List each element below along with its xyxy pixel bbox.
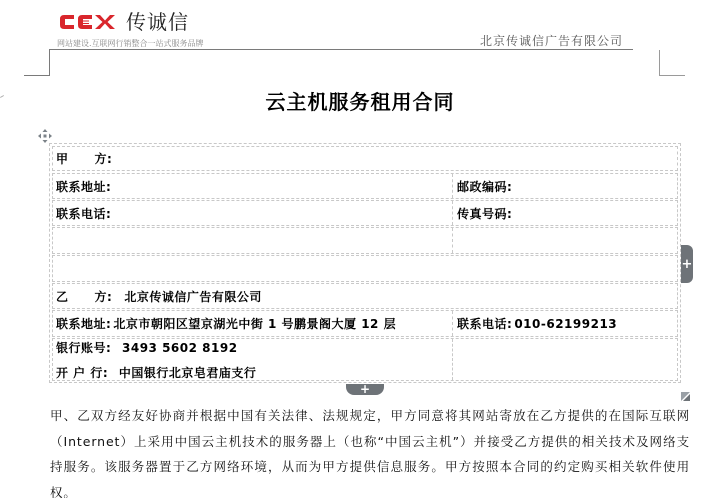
- party-b-phone-value: 010-62199213: [514, 317, 617, 331]
- cell-party-a-phone[interactable]: 联系电话:: [53, 201, 453, 225]
- cell-bank-info[interactable]: 银行账号: 3493 5602 8192 开 户 行: 中国银行北京皂君庙支行: [53, 339, 453, 380]
- party-a-fax-label: 传真号码:: [457, 205, 512, 222]
- company-logo: 传诚信: [58, 10, 189, 34]
- cell-empty-left[interactable]: [53, 228, 453, 253]
- header-company-name: 北京传诚信广告有限公司: [480, 32, 623, 49]
- table-row-empty-split: [52, 227, 678, 254]
- party-b-address-value: 北京市朝阳区望京湖光中街 1 号鹏景阁大厦 12 层: [113, 315, 396, 332]
- plus-icon: +: [682, 257, 693, 272]
- party-a-phone-label: 联系电话:: [56, 205, 111, 222]
- resize-icon: [681, 392, 690, 401]
- party-b-label-left: 乙: [56, 288, 69, 305]
- move-icon: [37, 128, 53, 144]
- document-title: 云主机服务租用合同: [0, 86, 720, 115]
- bank-account-value: 3493 5602 8192: [122, 341, 238, 355]
- cell-party-b[interactable]: 乙 方: 北京传诚信广告有限公司: [53, 284, 677, 308]
- add-column-button[interactable]: +: [346, 384, 384, 395]
- party-a-address-label: 联系地址:: [56, 178, 111, 195]
- contract-intro-paragraph: 甲、乙双方经友好协商并根据中国有关法律、法规规定，甲方同意将其网站寄放在乙方提供…: [50, 403, 690, 498]
- bank-name-line: 开 户 行: 中国银行北京皂君庙支行: [56, 364, 256, 381]
- party-a-label-right: 方:: [95, 150, 113, 167]
- cell-bank-right-empty[interactable]: [454, 339, 677, 380]
- party-a-postcode-label: 邮政编码:: [457, 178, 512, 195]
- cell-party-b-address[interactable]: 联系地址: 北京市朝阳区望京湖光中街 1 号鹏景阁大厦 12 层: [53, 311, 453, 336]
- corner-mark-right-horizontal: [659, 75, 685, 76]
- table-row-party-a-phone: 联系电话: 传真号码:: [52, 200, 678, 226]
- logo-mark-icon: [58, 12, 118, 32]
- cell-empty-right[interactable]: [454, 228, 677, 253]
- contract-table: 甲 方: 联系地址: 邮政编码: 联系电话:: [49, 143, 681, 383]
- party-a-label-left: 甲: [56, 150, 69, 167]
- cell-party-a-fax[interactable]: 传真号码:: [454, 201, 677, 225]
- table-move-handle[interactable]: [37, 128, 53, 144]
- table-row-party-a-address: 联系地址: 邮政编码:: [52, 173, 678, 199]
- cell-party-a-address[interactable]: 联系地址:: [53, 174, 453, 198]
- table-row-bank: 银行账号: 3493 5602 8192 开 户 行: 中国银行北京皂君庙支行: [52, 338, 678, 381]
- cell-empty-full[interactable]: [53, 256, 677, 281]
- logo-text: 传诚信: [126, 10, 189, 34]
- bank-name-label: 开 户 行:: [56, 366, 108, 380]
- table-row-party-b: 乙 方: 北京传诚信广告有限公司: [52, 283, 678, 309]
- party-b-phone-label: 联系电话:: [457, 315, 512, 332]
- party-b-value: 北京传诚信广告有限公司: [124, 288, 262, 305]
- party-b-address-label: 联系地址:: [56, 315, 111, 332]
- cell-party-b-phone[interactable]: 联系电话: 010-62199213: [454, 311, 677, 336]
- table-row-empty-full: [52, 255, 678, 282]
- plus-icon: +: [360, 384, 370, 395]
- table-resize-handle[interactable]: [681, 386, 690, 395]
- table-row-party-a: 甲 方:: [52, 146, 678, 171]
- table-row-party-b-address: 联系地址: 北京市朝阳区望京湖光中街 1 号鹏景阁大厦 12 层 联系电话: 0…: [52, 310, 678, 337]
- corner-mark-left-vertical: [49, 49, 50, 75]
- corner-mark-right-vertical: [659, 50, 660, 75]
- bank-account-line: 银行账号: 3493 5602 8192: [56, 339, 238, 356]
- header-divider: [50, 49, 633, 50]
- corner-mark-left-horizontal: [24, 75, 50, 76]
- cell-party-a[interactable]: 甲 方:: [53, 147, 677, 170]
- bank-account-label: 银行账号:: [56, 341, 111, 355]
- party-b-label-right: 方:: [95, 288, 113, 305]
- logo-tagline: 网站建设.互联网行销整合一站式服务品牌: [57, 38, 204, 49]
- cell-party-a-postcode[interactable]: 邮政编码:: [454, 174, 677, 198]
- add-row-button[interactable]: +: [681, 245, 693, 283]
- bank-name-value: 中国银行北京皂君庙支行: [119, 366, 257, 380]
